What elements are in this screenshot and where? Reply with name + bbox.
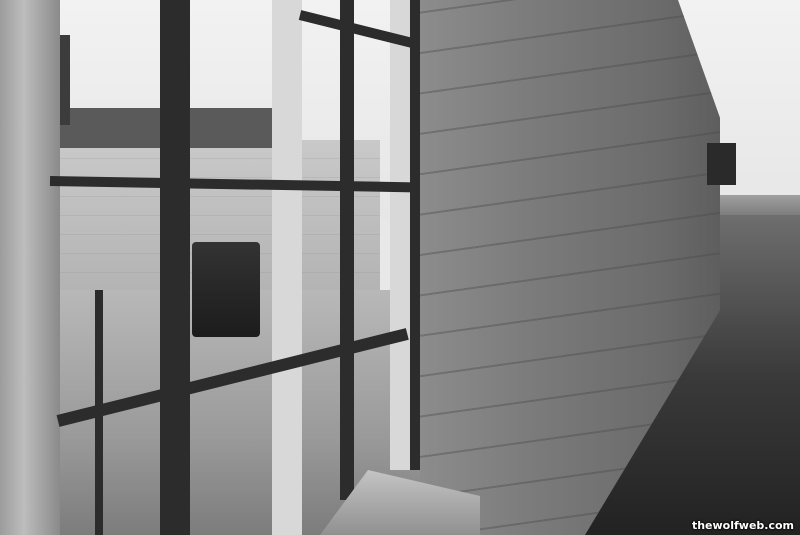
window-frame-edge — [410, 0, 420, 470]
window-mullion — [272, 0, 302, 535]
window-mullion — [160, 0, 190, 535]
window-mullion — [340, 0, 354, 500]
watermark: thewolfweb.com — [692, 519, 794, 532]
concrete-pillar — [0, 0, 60, 535]
window-frame-edge — [390, 0, 410, 470]
railing — [95, 290, 103, 535]
photograph: thewolfweb.com — [0, 0, 800, 535]
wall-mounted-box — [707, 143, 736, 185]
abandoned-chair — [192, 242, 260, 337]
